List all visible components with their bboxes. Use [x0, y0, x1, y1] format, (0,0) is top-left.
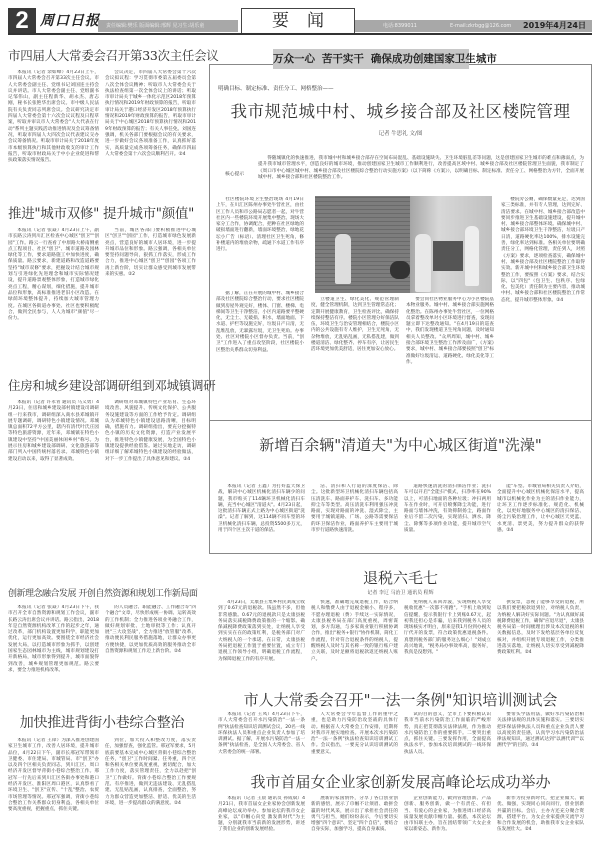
article-body: 本报讯（记者 张焱）4月23日下午，我市召开全市自然资源和规划工作会议，副市长路… [8, 605, 196, 699]
body-col-4: 新作为投身新时代，把企业做大、做优、做强，实现同心同向同行，创业创新共赢的目标。… [497, 796, 584, 844]
hotline: 电话:8399011 [383, 20, 417, 32]
body-col-2: 展新的家国情怀，分享了各自创业创新的感悟，展示了巾帼不让须眉、敢拼会赢的时代风采… [311, 796, 398, 844]
issue-date: 2019年4月24日 [523, 20, 586, 32]
body-col-1: 本报讯（记者 王鑫）为打好蓝天保卫战，解决中心城区机械化清扫车辆少的问题，我市购… [218, 484, 305, 548]
photo-cart [433, 241, 463, 271]
article-body-tax-refund: 4月23日，太康县王集乡村民刘成立收到了0.67元的退税款。钱虽然不多，但他非常… [218, 600, 584, 680]
masthead-rule [8, 33, 592, 35]
feature-col-3: 要会同社区物业服务中心为小区楼院基本物业服务。城中村、城乡接合部实施网格化整治。… [406, 297, 494, 415]
page-number: 2 [8, 8, 36, 34]
body-col-2: 会议决定，市四届人大常委会第十六次会议拟议程：学习贯彻市委第五届委员会第八次全体… [105, 70, 196, 196]
section-title: 要闻 [241, 8, 355, 34]
body-col-3: 免纳税人来回奔波，实现纳税人享受税收优惠"一次都不用跑"。"手机上收到短信提醒，… [404, 600, 491, 680]
body-col-2: 调研组对邓城镇特色产业培育、生态环境改善、风貌提升、传统文化保护、公共服务设施建… [105, 400, 196, 554]
photo-person-worker [335, 234, 351, 284]
article-body: 本报讯（记者 王锋）为深入推进创建国家卫生城市工作，改善人居环境，提升城市品位，… [8, 738, 196, 847]
main-headline: 我市规范城中村、城乡接合部及社区楼院管理 [209, 98, 592, 122]
article-city-repair: 推进"城市双修" 提升城市"颜值" 本报讯（记者 张焱）4月23日上午，副市长路… [8, 202, 196, 370]
photo-person-standing [465, 226, 479, 286]
headline-women-entrepreneurs: 我市首届女企业家创新发展高峰论坛成功举办 [209, 771, 592, 792]
headline: 推进"城市双修" 提升城市"颜值" [8, 202, 196, 222]
email: E-mail:zkrbgg@126.com [450, 20, 511, 32]
article-body-street-sweepers: 本报讯（记者 王鑫）为打好蓝天保卫战，解决中心城区机械化清扫车辆少的问题，我市购… [218, 484, 584, 548]
photo-person-volunteer [415, 234, 431, 292]
body-col-2: 的人员融合、职能融合、工作融合等"四个融合"文章，尽快形成统一协调、运转高效的工… [105, 605, 196, 699]
body-col-4: 供发票，忽视了能够享受的退税，所以我们要把税款退到位，对纳税人负责，为纳税人解决… [497, 600, 584, 680]
lead-summary: 得随城镇化的快速推进，我市城中村和城乡接合部存在空间布局混乱、基础设施缺失、卫生… [258, 156, 584, 182]
article-body: 本报讯（记者 张焱）4月23日上午，副市长路云涛到川汇区检查中心城区"创卫""创… [8, 228, 196, 372]
photo-person-crouching [390, 261, 410, 279]
headline-street-sweepers: 新增百余辆"清道夫"为中心城区街道"洗澡" [209, 434, 592, 455]
body-col-1: 4月23日，太康县王集乡村民刘成立收到了0.67元的退税款。钱虽然不多，但他非常… [218, 600, 305, 680]
body-col-3: 道路快速清洗的清扫保洁作业；洗扫车可以开启"全能扫"模式，扫净率在90%以上，可… [404, 484, 491, 548]
body-col-3: 企业创新能力，做到管理创新、产品创新、服务创新，做一个有责任、有担当、有爱心的企… [404, 796, 491, 844]
masthead: 2 周口日报 责任编辑:樊乐 版面编辑:邢辉 见习生:胡乐童 要闻 电话:839… [0, 0, 600, 38]
article-body: 本报讯（记者 许永青 通讯员 马义勇）4月23日，住房和城乡建设部村镇建设司调研… [8, 400, 196, 554]
body-col-2: 快速，准确地完成退税工作，结合纳税人和缴费人由于退税金额小、程序多，不愿办理退税… [311, 600, 398, 680]
article-body-law-training: 本报讯（记者 王凤）4月23日下午，市人大常委会召开水污染防治"一法一条例"执法… [218, 712, 584, 766]
body-col-1: 本报讯（记者 张焱）4月23日下午，我市召开全市自然资源和规划工作会议，副市长路… [8, 605, 99, 699]
body-col-1: 本报讯（记者 王锋）为深入推进创建国家卫生城市工作，改善人居环境，提升城市品位，… [8, 738, 99, 847]
headline: 市四届人大常委会召开第33次主任会议 [8, 46, 196, 64]
article-body: 本报讯（记者 余如峰）4月23日上午，市四届人大常委会召开第33次主任会议。市人… [8, 70, 196, 196]
headline-law-training: 市人大常委会召开"一法一条例"知识培训测试会 [209, 689, 592, 710]
campaign-banner: 万众一心 苦干实干 确保成功创建国家卫生城市 [273, 49, 469, 69]
body-col-2: 当前，城区各部门要积极推进中心城区"创卫""创园"工作，打造城市绿色发展新亮点，… [105, 228, 196, 372]
feature-col-2: 立楼道卫生、绿化美化、规范管理制度，健全管理机制，达到卫生管理常态化；定期开展健… [311, 297, 399, 415]
article-body-women-entrepreneurs: 本报讯（记者 王晨 通讯员 孙成斌）4月21日，我市首届女企业家协会创新发展高峰… [218, 796, 584, 844]
lead-label: 核心提示 [225, 170, 244, 177]
article-natural-resources: 创新理念融合发展 开创自然资源和规划工作新局面 本报讯（记者 张焱）4月23日下… [8, 586, 196, 704]
news-photo [315, 196, 492, 293]
byline-tax-refund: 记者 李辽 马治卫 通讯员 程辉 [209, 589, 592, 596]
feature-col-1b: 据了解，正在开展的城中村、城乡接合部及社区楼院综合整治行动，要求社区楼院做到房屋… [216, 291, 304, 415]
kicker: 明确目标、制定标准、责任分工、网格整治—— [218, 84, 334, 92]
editor-credits: 责任编辑:樊乐 版面编辑:邢辉 见习生:胡乐童 [98, 20, 238, 32]
body-col-2: 到位，加大投入和整改力度，落实责任，加强督查，强化监管。邢冠军要求，5月底前要基… [105, 738, 196, 847]
info-strip: 电话:8399011 E-mail:zkrbgg@126.com 2019年4月… [355, 20, 592, 32]
paper-name-logo: 周口日报 [40, 10, 100, 30]
body-col-1: 本报讯（记者 余如峰）4月23日上午，市四届人大常委会召开第33次主任会议。市人… [8, 70, 99, 196]
body-col-1: 本报讯（记者 王晨 通讯员 孙成斌）4月21日，我市首届女企业家协会创新发展高峰… [218, 796, 305, 844]
headline-tax-refund: 退税六毛七 [209, 567, 592, 588]
body-col-2: 洁、清扫和人行道的深度保洁、除尘。这批新型环卫机械化清扫车辆包括高压清洗车、路面… [311, 484, 398, 548]
body-col-1: 本报讯（记者 张焱）4月23日上午，副市长路云涛到川汇区检查中心城区"创卫""创… [8, 228, 99, 372]
article-housing-ministry: 住房和城乡建设部调研组到邓城镇调研 本报讯（记者 许永青 通讯员 马义勇）4月2… [8, 376, 196, 554]
body-col-4: 要带头学法用法，做好水污染防治相关法律法规的具体实施和落实。三要切实把环保法律执… [497, 712, 584, 766]
body-col-4: 能"车型。市城管局相关负责人介绍，全面提升中心城区机械化保洁水平，提高城市以机械… [497, 484, 584, 548]
headline: 住房和城乡建设部调研组到邓城镇调研 [8, 376, 196, 394]
feature-col-1: 社区楼院环境卫生整治现场 4月19日上午，在川汇区陈州办事处牛营社区，由社区工作… [216, 197, 304, 291]
feature-col-4: 楼院旁公厕，确保数量充足，达到国家三类标准，并有专人管理，达到完好、清洁要求。在… [501, 197, 585, 415]
headline: 加快推进背街小巷综合整治 [8, 712, 196, 732]
byline: 记者 牛思礼 文/图 [209, 129, 592, 137]
headline: 创新理念融合发展 开创自然资源和规划工作新局面 [8, 586, 196, 599]
body-col-1: 本报讯（记者 王凤）4月23日下午，市人大常委会召开水污染防治"一法一条例"执法… [218, 712, 305, 766]
article-back-alleys: 加快推进背街小巷综合整治 本报讯（记者 王锋）为深入推进创建国家卫生城市工作，改… [8, 712, 196, 847]
body-col-2: 人大常委会今年监督工作的重中之重，也是助力污染防治攻坚战的具体行动。根据省人大常… [311, 712, 398, 766]
body-col-1: 本报讯（记者 许永青 通讯员 马义勇）4月23日，住房和城乡建设部村镇建设司调研… [8, 400, 99, 554]
article-npc-meeting: 市四届人大常委会召开第33次主任会议 本报讯（记者 余如峰）4月23日上午，市四… [8, 46, 196, 196]
body-col-3: 试的目的意义，全市上下要积极认识我市当前水污染防治工作面临的严峻形势，真正把贯彻… [404, 712, 491, 766]
